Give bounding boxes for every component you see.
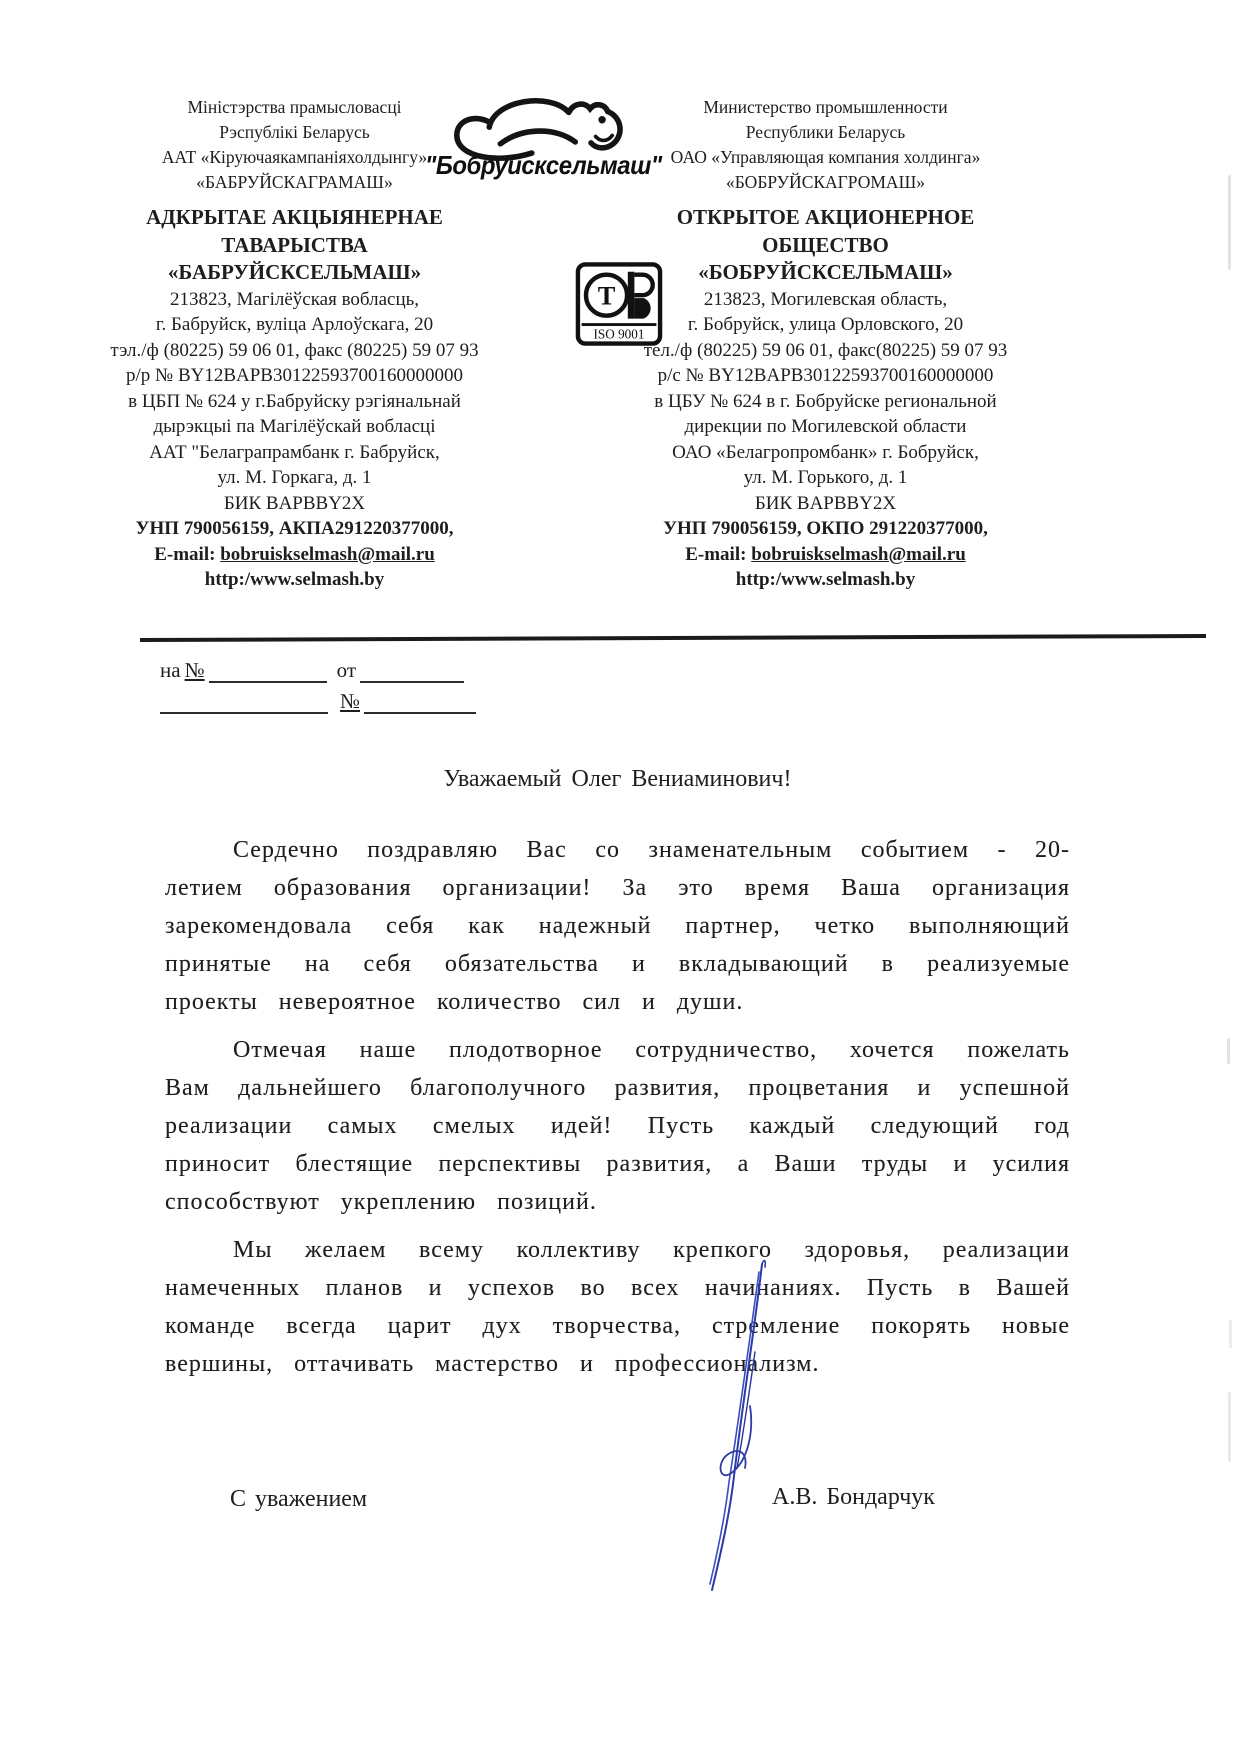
address-line: г. Бобруйск, улица Орловского, 20 (598, 312, 1053, 338)
scan-artifact (1227, 1038, 1230, 1064)
org-name-line: «БАБРУЙСКСЕЛЬМАШ» (72, 259, 517, 287)
address-line: БИК BAPBBY2X (72, 491, 517, 517)
address-line: 213823, Магілёўская вобласць, (72, 287, 517, 313)
signer-name: А.В. Бондарчук (772, 1484, 935, 1511)
address-line: в ЦБУ № 624 в г. Бобруйске региональной (598, 389, 1053, 415)
org-name-line: ТАВАРЫСТВА (72, 232, 517, 260)
email-address: bobruiskselmash@mail.ru (751, 544, 966, 565)
org-name-by: АДКРЫТАЕ АКЦЫЯНЕРНАЕ ТАВАРЫСТВА «БАБРУЙС… (72, 204, 517, 287)
beaver-eye (598, 116, 605, 123)
svg-text:Т: Т (598, 281, 616, 311)
email-label: E-mail: (685, 544, 746, 565)
scan-artifact (1229, 1320, 1232, 1348)
email-line: E-mail: bobruiskselmash@mail.ru (72, 542, 517, 568)
scanned-letter-page: Міністэрства прамысловасці Рэспублікі Бе… (0, 0, 1240, 1754)
email-label: E-mail: (154, 544, 215, 565)
header-divider-rule (140, 634, 1206, 642)
stb-mark-icon: Т ISO 9001 (575, 261, 663, 347)
logo-wordmark: "Бобруйсксельмаш" (425, 150, 664, 181)
address-line: ул. М. Горкага, д. 1 (72, 465, 517, 491)
org-name-ru: ОТКРЫТОЕ АКЦИОНЕРНОЕ ОБЩЕСТВО «БОБРУЙСКС… (598, 204, 1053, 287)
address-line: р/р № BY12BAPB30122593700160000000 (72, 363, 517, 389)
address-line: 213823, Могилевская область, (598, 287, 1053, 313)
address-line: дирекции по Могилевской области (598, 414, 1053, 440)
email-address: bobruiskselmash@mail.ru (220, 544, 435, 565)
reference-row-1: на № от (160, 652, 580, 683)
address-line: ААТ "Белаграпрамбанк г. Бабруйск, (72, 440, 517, 466)
address-line: г. Бабруйск, вуліца Арлоўскага, 20 (72, 312, 517, 338)
scan-artifact (1228, 175, 1231, 270)
ref-na-label: на (160, 658, 185, 683)
closing-phrase: С уважением (230, 1486, 367, 1513)
address-line: тэл./ф (80225) 59 06 01, факс (80225) 59… (72, 338, 517, 364)
body-paragraph-1: Сердечно поздравляю Вас со знаменательны… (165, 831, 1070, 1021)
website-line: http:/www.selmash.by (72, 567, 517, 593)
iso-label: ISO 9001 (594, 326, 645, 341)
address-line: БИК BAPBBY2X (598, 491, 1053, 517)
org-name-line: «БОБРУЙСКСЕЛЬМАШ» (598, 259, 1053, 287)
ref-number-sign: № (340, 689, 364, 714)
address-block-by: 213823, Магілёўская вобласць, г. Бабруйс… (72, 287, 517, 593)
scan-artifact (1228, 1392, 1231, 1462)
reference-row-2: № (160, 683, 580, 714)
salutation: Уважаемый Олег Вениаминович! (165, 766, 1070, 793)
reference-block: на № от № (160, 652, 580, 714)
unp-line: УНП 790056159, ОКПО 291220377000, (598, 516, 1053, 542)
iso-9001-badge: Т ISO 9001 (575, 261, 663, 347)
email-line: E-mail: bobruiskselmash@mail.ru (598, 542, 1053, 568)
ref-number-sign: № (185, 658, 209, 683)
address-line: ул. М. Горького, д. 1 (598, 465, 1053, 491)
blank-line (364, 688, 476, 714)
unp-line: УНП 790056159, АКПА291220377000, (72, 516, 517, 542)
ref-ot-label: от (337, 658, 360, 683)
company-logo: "Бобруйсксельмаш" (423, 90, 685, 194)
address-line: ОАО «Белагропромбанк» г. Бобруйск, (598, 440, 1053, 466)
address-line: р/с № BY12BAPB30122593700160000000 (598, 363, 1053, 389)
org-name-line: АДКРЫТАЕ АКЦЫЯНЕРНАЕ (72, 204, 517, 232)
address-line: тел./ф (80225) 59 06 01, факс(80225) 59 … (598, 338, 1053, 364)
body-paragraph-3: Мы желаем всему коллективу крепкого здор… (165, 1231, 1070, 1383)
blank-line (209, 657, 327, 683)
blank-line (360, 657, 464, 683)
body-paragraph-2: Отмечая наше плодотворное сотрудничество… (165, 1031, 1070, 1221)
address-block-ru: 213823, Могилевская область, г. Бобруйск… (598, 287, 1053, 593)
website-line: http:/www.selmash.by (598, 567, 1053, 593)
blank-line (160, 688, 328, 714)
address-line: дырэкцыі па Магілёўскай вобласці (72, 414, 517, 440)
address-line: в ЦБП № 624 у г.Бабруйску рэгіянальнай (72, 389, 517, 415)
handwritten-signature-icon (688, 1256, 792, 1600)
org-name-line: ОБЩЕСТВО (598, 232, 1053, 260)
org-name-line: ОТКРЫТОЕ АКЦИОНЕРНОЕ (598, 204, 1053, 232)
